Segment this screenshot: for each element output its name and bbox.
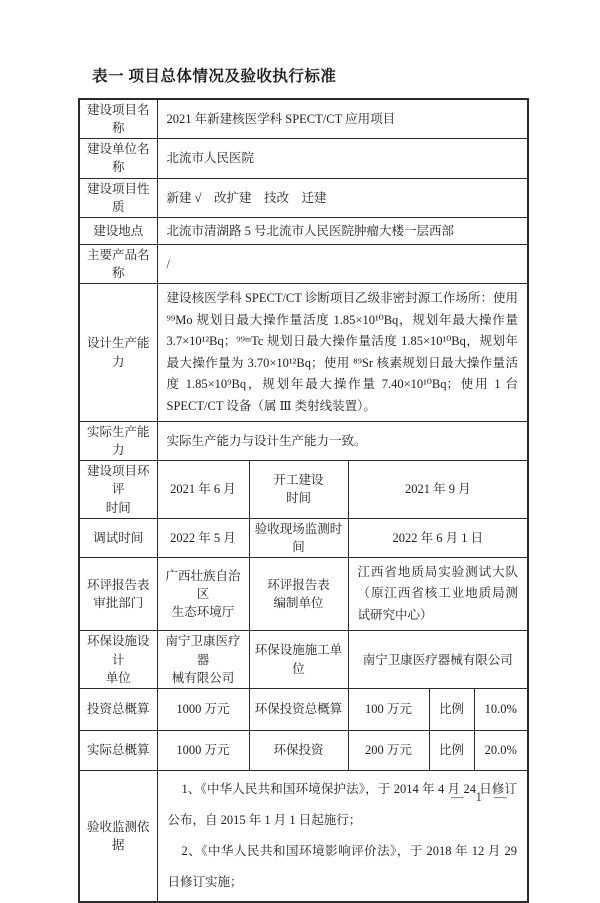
project-overview-table: 建设项目名称 2021 年新建核医学科 SPECT/CT 应用项目 建设单位名称… xyxy=(78,98,529,903)
table-row: 环保设施设计 单位 南宁卫康医疗器 械有限公司 环保设施施工单位 南宁卫康医疗器… xyxy=(79,631,528,688)
field-value-project-name: 2021 年新建核医学科 SPECT/CT 应用项目 xyxy=(157,99,528,139)
field-label-eia-approval-dept: 环评报告表 审批部门 xyxy=(79,557,157,631)
field-label-construction-start: 开工建设 时间 xyxy=(249,461,348,518)
field-value-site-monitoring-time: 2022 年 6 月 1 日 xyxy=(348,518,528,557)
field-value-construction-unit: 北流市人民医院 xyxy=(157,139,528,178)
field-value-env-invest-actual: 200 万元 xyxy=(348,730,429,770)
field-value-actual-capacity: 实际生产能力与设计生产能力一致。 xyxy=(157,422,528,461)
field-value-commissioning-time: 2022 年 5 月 xyxy=(157,518,249,557)
field-value-main-products: / xyxy=(157,244,528,283)
table-row: 建设项目名称 2021 年新建核医学科 SPECT/CT 应用项目 xyxy=(79,99,528,139)
table-row: 建设项目环评 时间 2021 年 6 月 开工建设 时间 2021 年 9 月 xyxy=(79,461,528,518)
field-value-eia-approval-dept: 广西壮族自治区 生态环境厅 xyxy=(157,557,249,631)
field-label-project-name: 建设项目名称 xyxy=(79,99,157,139)
field-label-env-invest-budget: 环保投资总概算 xyxy=(249,688,348,730)
field-value-project-nature: 新建 √ 改扩建 技改 迁建 xyxy=(157,178,528,217)
table-row: 调试时间 2022 年 5 月 验收现场监测时间 2022 年 6 月 1 日 xyxy=(79,518,528,557)
page-number: — 1 — xyxy=(451,790,508,805)
field-label-total-investment: 投资总概算 xyxy=(79,688,157,730)
field-label-location: 建设地点 xyxy=(79,217,157,244)
field-value-design-capacity: 建设核医学科 SPECT/CT 诊断项目乙级非密封源工作场所：使用 ⁹⁹Mo 规… xyxy=(157,284,528,422)
table-row: 设计生产能力 建设核医学科 SPECT/CT 诊断项目乙级非密封源工作场所：使用… xyxy=(79,284,528,422)
field-value-env-construction-unit: 南宁卫康医疗器械有限公司 xyxy=(348,631,528,688)
table-row: 建设单位名称 北流市人民医院 xyxy=(79,139,528,178)
field-label-actual-ratio: 比例 xyxy=(429,730,474,770)
field-value-total-investment: 1000 万元 xyxy=(157,688,249,730)
field-label-construction-unit: 建设单位名称 xyxy=(79,139,157,178)
field-label-env-construction-unit: 环保设施施工单位 xyxy=(249,631,348,688)
field-value-location: 北流市清湖路 5 号北流市人民医院肿瘤大楼一层西部 xyxy=(157,217,528,244)
field-label-main-products: 主要产品名称 xyxy=(79,244,157,283)
field-label-acceptance-basis: 验收监测依据 xyxy=(79,770,157,902)
field-label-eia-compile-unit: 环评报告表 编制单位 xyxy=(249,557,348,631)
field-value-eia-time: 2021 年 6 月 xyxy=(157,461,249,518)
table-row: 建设项目性质 新建 √ 改扩建 技改 迁建 xyxy=(79,178,528,217)
field-label-design-capacity: 设计生产能力 xyxy=(79,284,157,422)
field-value-construction-start: 2021 年 9 月 xyxy=(348,461,528,518)
table-row: 实际生产能力 实际生产能力与设计生产能力一致。 xyxy=(79,422,528,461)
acceptance-basis-item-2: 2、《中华人民共和国环境影响评价法》，于 2018 年 12 月 29 日修订实… xyxy=(168,836,518,898)
field-label-budget-ratio: 比例 xyxy=(429,688,474,730)
table-row: 实际总概算 1000 万元 环保投资 200 万元 比例 20.0% xyxy=(79,730,528,770)
field-label-env-invest-actual: 环保投资 xyxy=(249,730,348,770)
table-row: 主要产品名称 / xyxy=(79,244,528,283)
document-page: { "doc": { "title": "表一 项目总体情况及验收执行标准", … xyxy=(0,0,600,848)
field-value-actual-ratio: 20.0% xyxy=(474,730,528,770)
table-row: 建设地点 北流市清湖路 5 号北流市人民医院肿瘤大楼一层西部 xyxy=(79,217,528,244)
field-value-eia-compile-unit: 江西省地质局实验测试大队（原江西省核工业地质局测试研究中心） xyxy=(348,557,528,631)
field-label-project-nature: 建设项目性质 xyxy=(79,178,157,217)
page-title: 表一 项目总体情况及验收执行标准 xyxy=(92,64,336,86)
table-row: 环评报告表 审批部门 广西壮族自治区 生态环境厅 环评报告表 编制单位 江西省地… xyxy=(79,557,528,631)
field-label-commissioning-time: 调试时间 xyxy=(79,518,157,557)
field-label-actual-total: 实际总概算 xyxy=(79,730,157,770)
field-value-env-invest-budget: 100 万元 xyxy=(348,688,429,730)
table-row: 投资总概算 1000 万元 环保投资总概算 100 万元 比例 10.0% xyxy=(79,688,528,730)
field-label-eia-time: 建设项目环评 时间 xyxy=(79,461,157,518)
field-value-budget-ratio: 10.0% xyxy=(474,688,528,730)
field-value-env-design-unit: 南宁卫康医疗器 械有限公司 xyxy=(157,631,249,688)
field-value-actual-total: 1000 万元 xyxy=(157,730,249,770)
field-label-site-monitoring-time: 验收现场监测时间 xyxy=(249,518,348,557)
field-label-actual-capacity: 实际生产能力 xyxy=(79,422,157,461)
field-label-env-design-unit: 环保设施设计 单位 xyxy=(79,631,157,688)
